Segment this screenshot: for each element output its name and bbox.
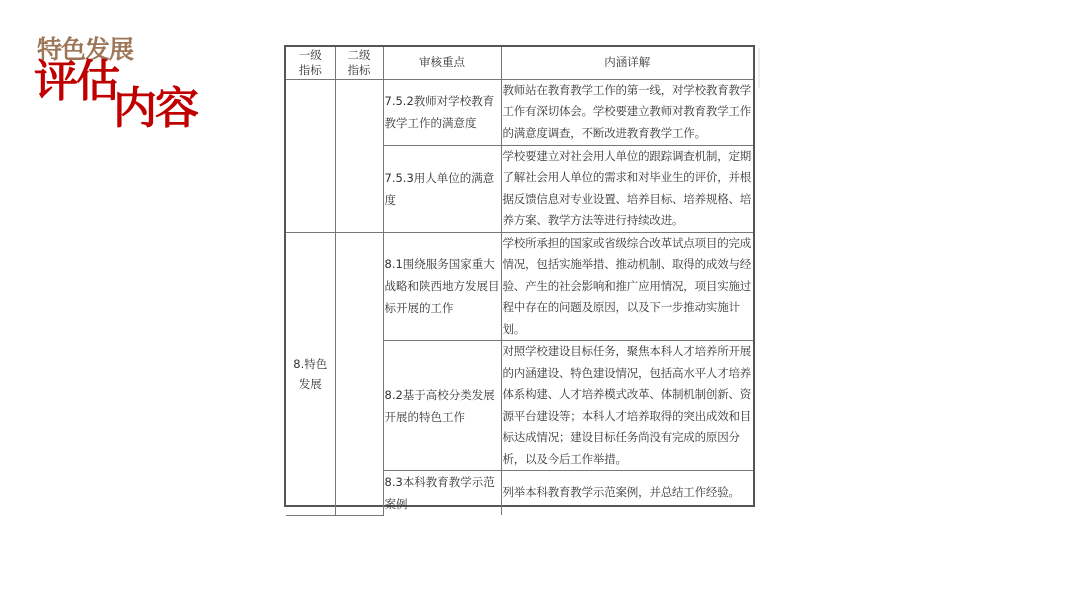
level1-cell <box>286 79 335 232</box>
evaluation-table: 一级 指标 二级 指标 审核重点 内涵详解 7.5.2教师对学校教育教学工作的满… <box>284 45 755 507</box>
header-level1-line2: 指标 <box>287 63 334 78</box>
focus-cell: 8.2基于高校分类发展开展的特色工作 <box>383 341 501 471</box>
evaluation-content-table: 一级 指标 二级 指标 审核重点 内涵详解 7.5.2教师对学校教育教学工作的满… <box>286 47 753 516</box>
header-level2: 二级 指标 <box>335 47 383 79</box>
focus-cell: 7.5.3用人单位的满意度 <box>383 145 501 232</box>
level1-label-line1: 8.特色 <box>287 354 334 374</box>
focus-cell: 8.1围绕服务国家重大战略和陕西地方发展目标开展的工作 <box>383 232 501 341</box>
table-row: 8.特色 发展 8.1围绕服务国家重大战略和陕西地方发展目标开展的工作 学校所承… <box>286 232 753 341</box>
detail-cell: 学校所承担的国家或省级综合改革试点项目的完成情况，包括实施举措、推动机制、取得的… <box>501 232 753 341</box>
detail-cell: 对照学校建设目标任务，聚焦本科人才培养所开展的内涵建设、特色建设情况，包括高水平… <box>501 341 753 471</box>
header-detail: 内涵详解 <box>501 47 753 79</box>
slide-title-line1: 评估 <box>34 58 118 106</box>
level2-cell <box>335 79 383 232</box>
detail-cell: 列举本科教育教学示范案例，并总结工作经验。 <box>501 471 753 516</box>
focus-cell: 7.5.2教师对学校教育教学工作的满意度 <box>383 79 501 145</box>
header-level1: 一级 指标 <box>286 47 335 79</box>
table-row: 7.5.2教师对学校教育教学工作的满意度 教师站在教育教学工作的第一线，对学校教… <box>286 79 753 145</box>
detail-cell: 教师站在教育教学工作的第一线，对学校教育教学工作有深切体会。学校要建立教师对教育… <box>501 79 753 145</box>
focus-cell: 8.3本科教育教学示范案例 <box>383 471 501 516</box>
level1-cell: 8.特色 发展 <box>286 232 335 515</box>
decorative-divider <box>758 48 760 88</box>
level1-label-line2: 发展 <box>287 374 334 394</box>
header-focus: 审核重点 <box>383 47 501 79</box>
level2-cell <box>335 232 383 515</box>
header-level2-line2: 指标 <box>337 63 382 78</box>
header-level2-line1: 二级 <box>337 48 382 63</box>
detail-cell: 学校要建立对社会用人单位的跟踪调查机制，定期了解社会用人单位的需求和对毕业生的评… <box>501 145 753 232</box>
header-level1-line1: 一级 <box>287 48 334 63</box>
table-header-row: 一级 指标 二级 指标 审核重点 内涵详解 <box>286 47 753 79</box>
slide-title-line2: 内容 <box>113 85 197 133</box>
